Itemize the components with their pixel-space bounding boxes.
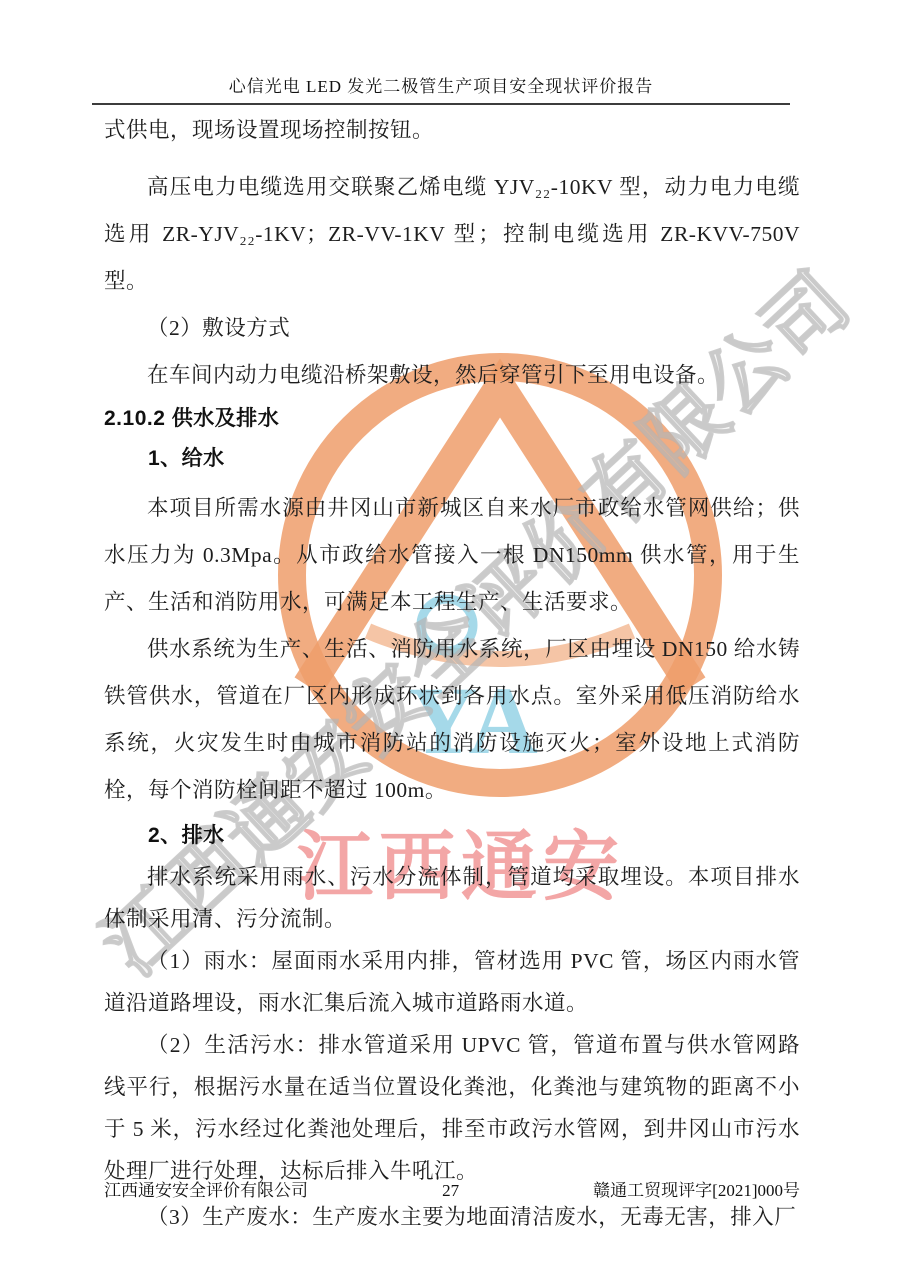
- paragraph: （1）雨水：屋面雨水采用内排，管材选用 PVC 管，场区内雨水管道沿道路埋设，雨…: [104, 940, 800, 1024]
- document-page: YA 江西通安安全评价有限公司 江西通安 心信光电 LED 发光二极管生产项目安…: [0, 0, 900, 1272]
- sub-heading: 1、给水: [104, 439, 800, 479]
- section-heading: 2.10.2 供水及排水: [104, 399, 800, 439]
- paragraph: 高压电力电缆选用交联聚乙烯电缆 YJV₂₂-10KV 型，动力电力电缆选用 ZR…: [104, 164, 800, 305]
- paragraph: 在车间内动力电缆沿桥架敷设，然后穿管引下至用电设备。: [104, 352, 800, 399]
- paragraph: （3）生产废水：生产废水主要为地面清洁废水，无毒无害，排入厂: [104, 1196, 800, 1238]
- footer-doc-number: 赣通工贸现评字[2021]000号: [593, 1176, 800, 1201]
- page-header: 心信光电 LED 发光二极管生产项目安全现状评价报告: [92, 0, 790, 105]
- sub-heading: 2、排水: [104, 816, 800, 856]
- footer-page-number: 27: [442, 1181, 459, 1201]
- document-body: 式供电，现场设置现场控制按钮。 高压电力电缆选用交联聚乙烯电缆 YJV₂₂-10…: [104, 107, 800, 1238]
- page-footer: 江西通安安全评价有限公司 27 赣通工贸现评字[2021]000号: [104, 1176, 800, 1201]
- paragraph: 排水系统采用雨水、污水分流体制，管道均采取埋设。本项目排水体制采用清、污分流制。: [104, 856, 800, 940]
- paragraph: 本项目所需水源由井冈山市新城区自来水厂市政给水管网供给；供水压力为 0.3Mpa…: [104, 485, 800, 626]
- footer-company: 江西通安安全评价有限公司: [104, 1176, 308, 1201]
- header-title: 心信光电 LED 发光二极管生产项目安全现状评价报告: [92, 72, 790, 103]
- paragraph: 供水系统为生产、生活、消防用水系统，厂区由埋设 DN150 给水铸铁管供水，管道…: [104, 626, 800, 814]
- paragraph: （2）生活污水：排水管道采用 UPVC 管，管道布置与供水管网路线平行，根据污水…: [104, 1024, 800, 1192]
- paragraph: （2）敷设方式: [104, 305, 800, 352]
- paragraph: 式供电，现场设置现场控制按钮。: [104, 107, 800, 154]
